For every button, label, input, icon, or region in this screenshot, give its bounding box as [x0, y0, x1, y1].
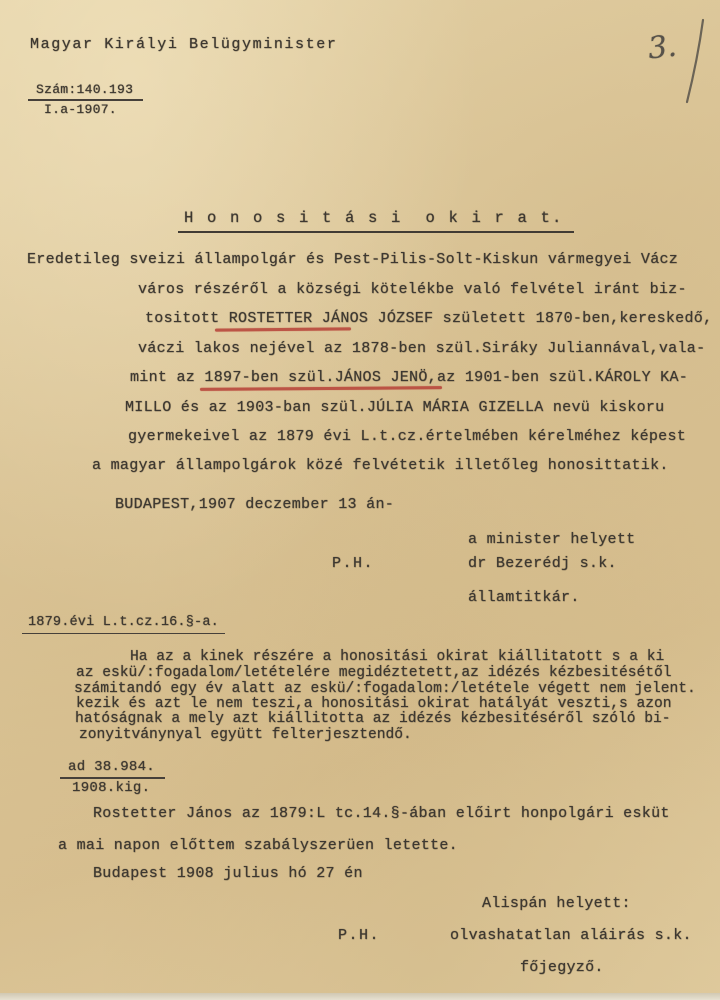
body-line: gyermekeivel az 1879 évi L.t.cz.értelméb…: [128, 429, 686, 445]
signature1-name: dr Bezerédj s.k.: [468, 556, 617, 572]
body-line: MILLO és az 1903-ban szül.JÚLIA MÁRIA GI…: [125, 400, 664, 416]
law-line: Ha az a kinek részére a honositási okira…: [130, 650, 664, 665]
signature1-role: államtitkár.: [468, 590, 580, 606]
law-line: zonyitványnyal együtt felterjesztendő.: [79, 728, 412, 743]
file-number-block: Szám:140.193 I.a-1907.: [28, 80, 143, 116]
document-page: Magyar Királyi Belügyminister 3. Szám:14…: [0, 0, 720, 1000]
signature1-seal: P.H.: [332, 556, 374, 572]
file-number-year: I.a-1907.: [28, 101, 143, 117]
signature1-deputy: a minister helyett: [468, 532, 635, 548]
oath-ref-number: ad 38.984.: [60, 760, 165, 779]
oath-line: a mai napon előttem szabályszerüen letet…: [58, 838, 458, 854]
document-title: H o n o s i t á s i o k i r a t.: [178, 210, 574, 233]
body-line: Eredetileg sveizi állampolgár és Pest-Pi…: [27, 252, 678, 268]
red-underline-child: [200, 386, 442, 391]
body-line: tositott ROSTETTER JÁNOS JÓZSEF születet…: [145, 311, 712, 327]
body-line: a magyar állampolgárok közé felvétetik i…: [92, 458, 669, 474]
oath-ref-year: 1908.kig.: [60, 779, 165, 796]
law-section-heading: 1879.évi L.t.cz.16.§-a.: [22, 616, 225, 634]
law-line: az eskü/:fogadalom/letételére megidéztet…: [76, 666, 672, 681]
date-line: BUDAPEST,1907 deczember 13 án-: [115, 497, 394, 513]
letterhead: Magyar Királyi Belügyminister: [30, 37, 337, 53]
signature2-deputy: Alispán helyett:: [482, 896, 631, 912]
file-number: Szám:140.193: [28, 83, 143, 101]
oath-line: Rostetter János az 1879:L tc.14.§-ában e…: [93, 806, 670, 822]
corner-annotation: 3.: [640, 16, 720, 106]
corner-slash-stroke: [640, 16, 720, 106]
body-line: város részéről a községi kötelékbe való …: [138, 282, 687, 298]
signature2-seal: P.H.: [338, 928, 380, 944]
body-line: váczi lakos nejével az 1878-ben szül.Sir…: [138, 341, 705, 357]
signature2-name: olvashatatlan aláirás s.k.: [450, 928, 692, 944]
oath-ref-block: ad 38.984. 1908.kig.: [60, 757, 165, 795]
oath-line: Budapest 1908 julius hó 27 én: [93, 866, 363, 882]
law-line: hatóságnak a mely azt kiállitotta az idé…: [75, 712, 671, 727]
body-line: mint az 1897-ben szül.JÁNOS JENÖ,az 1901…: [130, 370, 688, 386]
scan-bottom-edge: [0, 993, 720, 1000]
red-underline-name: [215, 327, 351, 331]
signature2-role: főjegyző.: [520, 960, 604, 976]
